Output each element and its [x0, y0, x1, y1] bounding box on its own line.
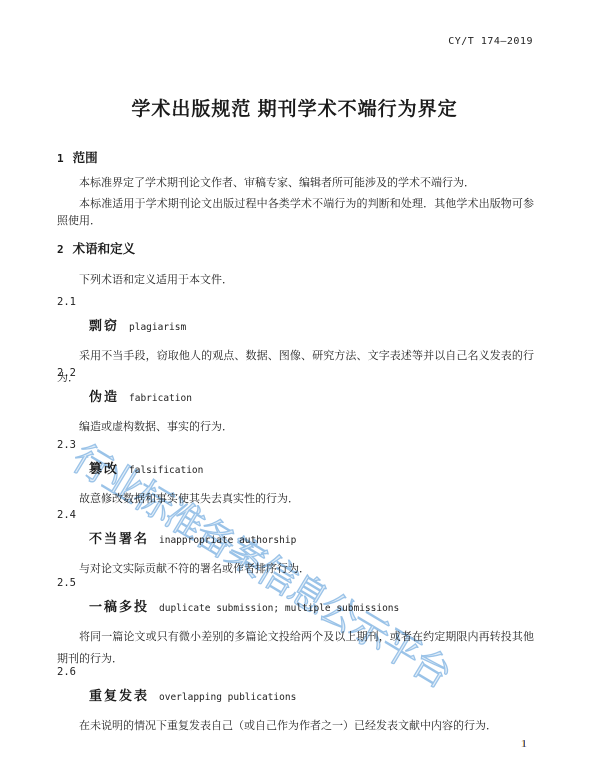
- section-2-number: 2: [57, 243, 64, 256]
- term-name-en: duplicate submission; multiple submissio…: [159, 603, 399, 614]
- document-title: 学术出版规范 期刊学术不端行为界定: [0, 94, 589, 121]
- term-definition: 将同一篇论文或只有微小差别的多篇论文投给两个及以上期刊，或者在约定期限内再转投其…: [57, 626, 534, 670]
- term-name-en: inappropriate authorship: [159, 535, 296, 546]
- section-1-number: 1: [57, 152, 64, 165]
- term-name-zh: 一稿多投: [89, 599, 149, 614]
- term-number: 2.5: [57, 577, 534, 589]
- term-number: 2.4: [57, 509, 534, 521]
- term-definition: 故意修改数据和事实使其失去真实性的行为．: [57, 488, 534, 510]
- term-number: 2.6: [57, 666, 534, 678]
- term-block-2-2: 2.2 伪造fabrication 编造或虚构数据、事实的行为．: [57, 367, 534, 438]
- term-name-zh: 剽窃: [89, 318, 119, 333]
- term-name-en: overlapping publications: [159, 692, 296, 703]
- term-number: 2.2: [57, 367, 534, 379]
- section-1-heading: 1范围: [57, 148, 534, 166]
- term-name-en: fabrication: [129, 393, 192, 404]
- document-page: 行业标准备案信息公示平台 CY/T 174—2019 学术出版规范 期刊学术不端…: [0, 0, 589, 775]
- section-2-intro: 下列术语和定义适用于本文件．: [57, 272, 534, 289]
- term-name-line: 一稿多投duplicate submission; multiple submi…: [57, 599, 534, 616]
- term-name-en: plagiarism: [129, 322, 186, 333]
- term-name-zh: 重复发表: [89, 688, 149, 703]
- section-1-paragraph-2: 本标准适用于学术期刊论文出版过程中各类学术不端行为的判断和处理．其他学术出版物可…: [57, 196, 534, 229]
- term-name-line: 不当署名inappropriate authorship: [57, 531, 534, 548]
- section-1-paragraph-1: 本标准界定了学术期刊论文作者、审稿专家、编辑者所可能涉及的学术不端行为．: [57, 175, 534, 192]
- section-2-title: 术语和定义: [73, 242, 136, 256]
- term-block-2-4: 2.4 不当署名inappropriate authorship 与对论文实际贡…: [57, 509, 534, 580]
- term-name-line: 篡改falsification: [57, 461, 534, 478]
- term-block-2-6: 2.6 重复发表overlapping publications 在未说明的情况…: [57, 666, 534, 737]
- term-block-2-5: 2.5 一稿多投duplicate submission; multiple s…: [57, 577, 534, 670]
- term-name-line: 伪造fabrication: [57, 389, 534, 406]
- term-definition: 在未说明的情况下重复发表自己（或自己作为作者之一）已经发表文献中内容的行为．: [57, 715, 534, 737]
- term-name-line: 重复发表overlapping publications: [57, 688, 534, 705]
- term-number: 2.1: [57, 296, 534, 308]
- section-2-heading: 2术语和定义: [57, 239, 534, 257]
- term-definition: 编造或虚构数据、事实的行为．: [57, 416, 534, 438]
- term-name-zh: 不当署名: [89, 531, 149, 546]
- section-1-title: 范围: [73, 151, 98, 165]
- term-number: 2.3: [57, 439, 534, 451]
- standard-code: CY/T 174—2019: [57, 36, 533, 47]
- page-number: 1: [522, 738, 528, 750]
- term-name-zh: 伪造: [89, 389, 119, 404]
- term-name-zh: 篡改: [89, 461, 119, 476]
- term-name-line: 剽窃plagiarism: [57, 318, 534, 335]
- term-name-en: falsification: [129, 465, 203, 476]
- term-block-2-3: 2.3 篡改falsification 故意修改数据和事实使其失去真实性的行为．: [57, 439, 534, 510]
